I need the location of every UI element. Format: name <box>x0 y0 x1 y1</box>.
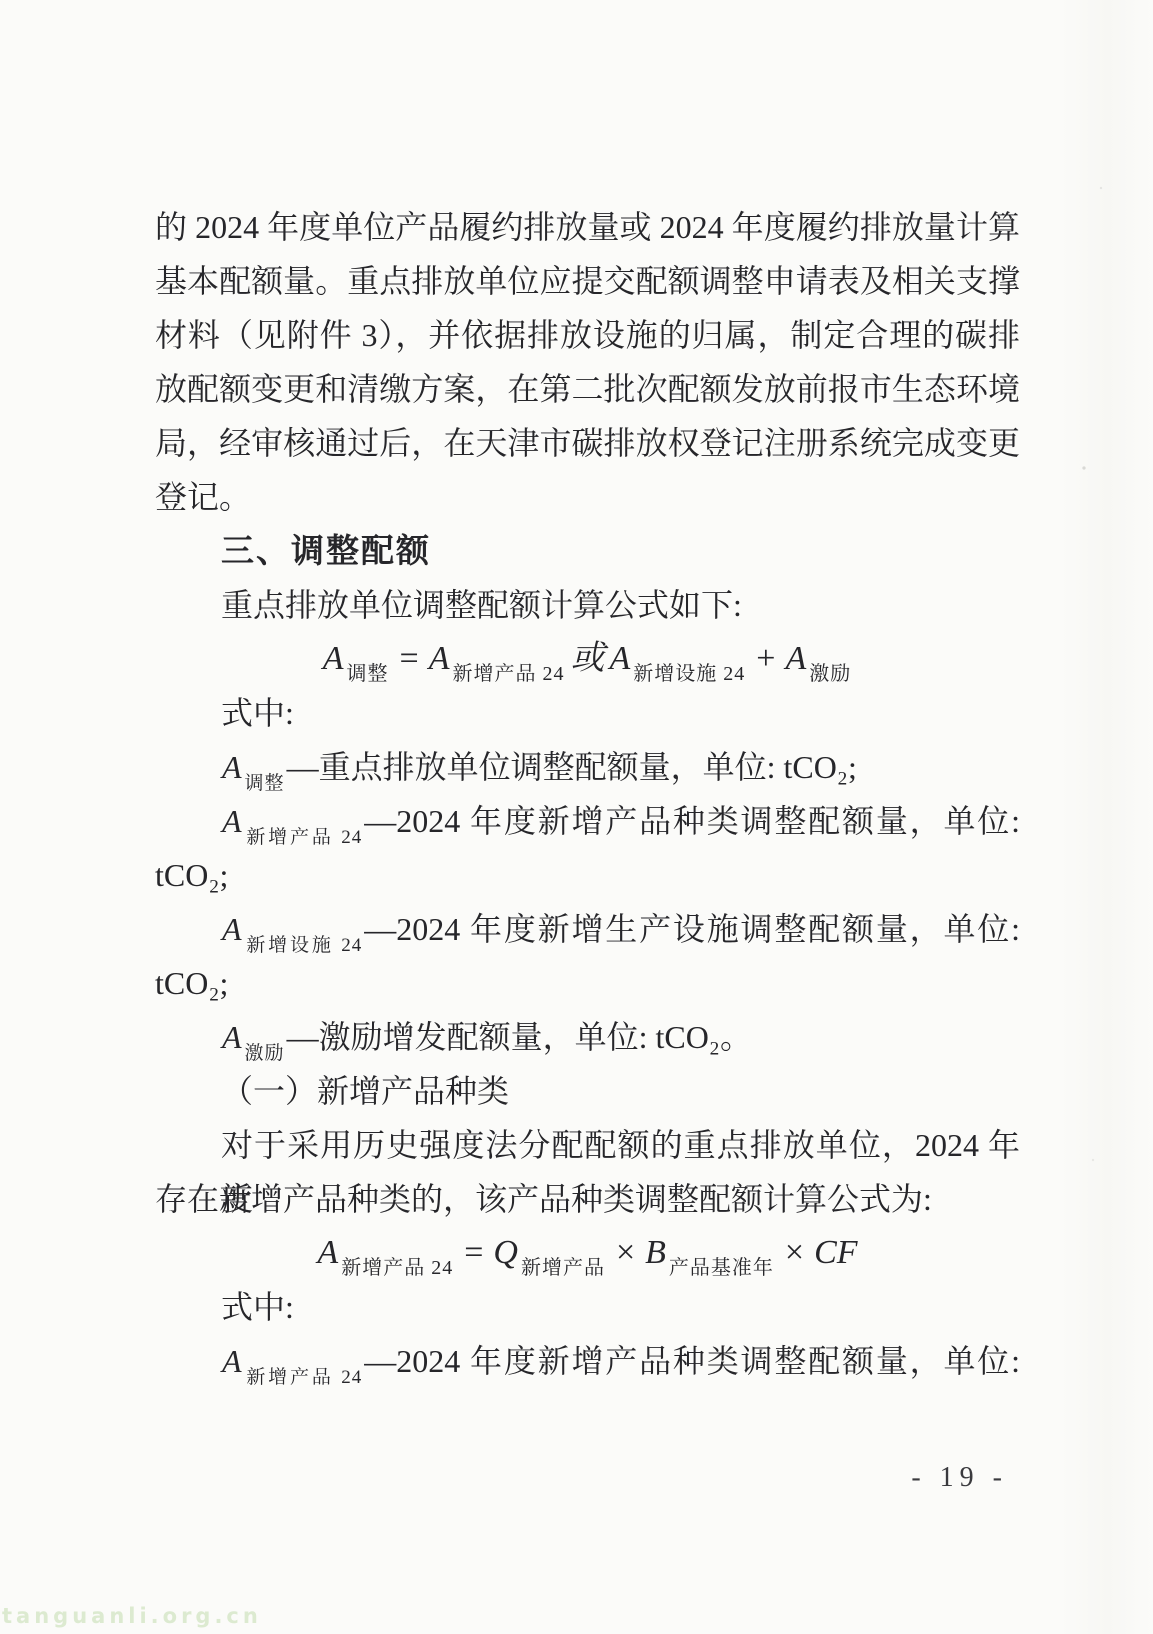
unit-continuation-1: tCO₂; <box>155 848 1020 902</box>
body-line-4: 放配额变更和清缴方案，在第二批次配额发放前报市生态环境 <box>155 362 1020 416</box>
formula-subscript: 新增设施 24 <box>243 935 365 956</box>
definition-text: —2024 年度新增产品种类调整配额量，单位: <box>364 803 1020 839</box>
formula-subscript: 激励 <box>807 663 853 685</box>
sub-heading: （一）新增产品种类 <box>155 1064 1020 1118</box>
formula-subscript: 新增设施 24 <box>631 663 747 685</box>
formula-var: A <box>428 640 451 677</box>
formula-var: A <box>322 640 345 677</box>
where-label-2: 式中: <box>155 1280 1020 1334</box>
formula-subscript: 新增产品 24 <box>451 663 567 685</box>
formula-subscript: 激励 <box>243 1043 287 1064</box>
definition-new-facility: A新增设施 24—2024 年度新增生产设施调整配额量，单位: <box>155 902 1020 956</box>
formula-subscript: 新增产品 24 <box>243 1367 365 1388</box>
formula-subscript: 产品基准年 <box>667 1257 776 1279</box>
body-line-1: 的 2024 年度单位产品履约排放量或 2024 年度履约排放量计算 <box>155 200 1020 254</box>
plus-sign: + <box>747 640 784 677</box>
body-line-3: 材料（见附件 3），并依据排放设施的归属，制定合理的碳排 <box>155 308 1020 362</box>
body-line-6: 登记。 <box>155 470 1020 524</box>
definition-new-product-repeat: A新增产品 24—2024 年度新增产品种类调整配额量，单位: <box>155 1334 1020 1388</box>
formula-var: A <box>316 1234 339 1271</box>
formula-subscript: 调整 <box>345 663 391 685</box>
formula-subscript: 调整 <box>243 773 287 794</box>
formula-new-product-quota: A新增产品 24=Q新增产品×B产品基准年×CF <box>155 1226 1020 1280</box>
formula-var: Q <box>492 1234 519 1271</box>
multiply-sign: × <box>607 1234 644 1271</box>
formula-subscript: 新增产品 <box>519 1257 607 1279</box>
formula-var: A <box>221 1343 243 1379</box>
formula-intro: 重点排放单位调整配额计算公式如下: <box>155 578 1020 632</box>
body-line-5: 局，经审核通过后，在天津市碳排放权登记注册系统完成变更 <box>155 416 1020 470</box>
page-number: - 19 - <box>911 1462 1008 1494</box>
watermark-text: tanguanli.org.cn <box>2 1604 262 1628</box>
body-line-18: 对于采用历史强度法分配配额的重点排放单位，2024 年度 <box>155 1118 1020 1172</box>
equals-sign: = <box>455 1234 492 1271</box>
formula-var: A <box>609 640 632 677</box>
definition-text: —2024 年度新增生产设施调整配额量，单位: <box>364 911 1020 947</box>
scanned-document-page: { "colors": { "paper": "#fbfbf9", "ink":… <box>0 0 1153 1634</box>
definition-text: —激励增发配额量，单位: tCO₂。 <box>287 1019 752 1055</box>
where-label-1: 式中: <box>155 686 1020 740</box>
formula-var: A <box>784 640 807 677</box>
multiply-sign: × <box>776 1234 813 1271</box>
formula-var: CF <box>813 1234 858 1271</box>
definition-incentive: A激励—激励增发配额量，单位: tCO₂。 <box>155 1010 1020 1064</box>
formula-subscript: 新增产品 24 <box>243 827 365 848</box>
definition-new-product: A新增产品 24—2024 年度新增产品种类调整配额量，单位: <box>155 794 1020 848</box>
body-line-19: 存在新增产品种类的，该产品种类调整配额计算公式为: <box>155 1172 1020 1226</box>
section-heading: 三、调整配额 <box>155 524 1020 578</box>
definition-text: —重点排放单位调整配额量，单位: tCO₂; <box>287 749 857 785</box>
formula-var: A <box>221 911 243 947</box>
formula-subscript: 新增产品 24 <box>339 1257 455 1279</box>
body-line-2: 基本配额量。重点排放单位应提交配额调整申请表及相关支撑 <box>155 254 1020 308</box>
formula-var: A <box>221 749 243 785</box>
formula-var: A <box>221 803 243 839</box>
or-word: 或 <box>567 640 609 677</box>
definition-adjust: A调整—重点排放单位调整配额量，单位: tCO₂; <box>155 740 1020 794</box>
definition-text: —2024 年度新增产品种类调整配额量，单位: <box>364 1343 1020 1379</box>
formula-var: B <box>644 1234 667 1271</box>
unit-continuation-2: tCO₂; <box>155 956 1020 1010</box>
equals-sign: = <box>391 640 428 677</box>
document-body: 的 2024 年度单位产品履约排放量或 2024 年度履约排放量计算 基本配额量… <box>155 200 1020 1388</box>
formula-adjust-quota: A调整=A新增产品 24或A新增设施 24+A激励 <box>155 632 1020 686</box>
formula-var: A <box>221 1019 243 1055</box>
